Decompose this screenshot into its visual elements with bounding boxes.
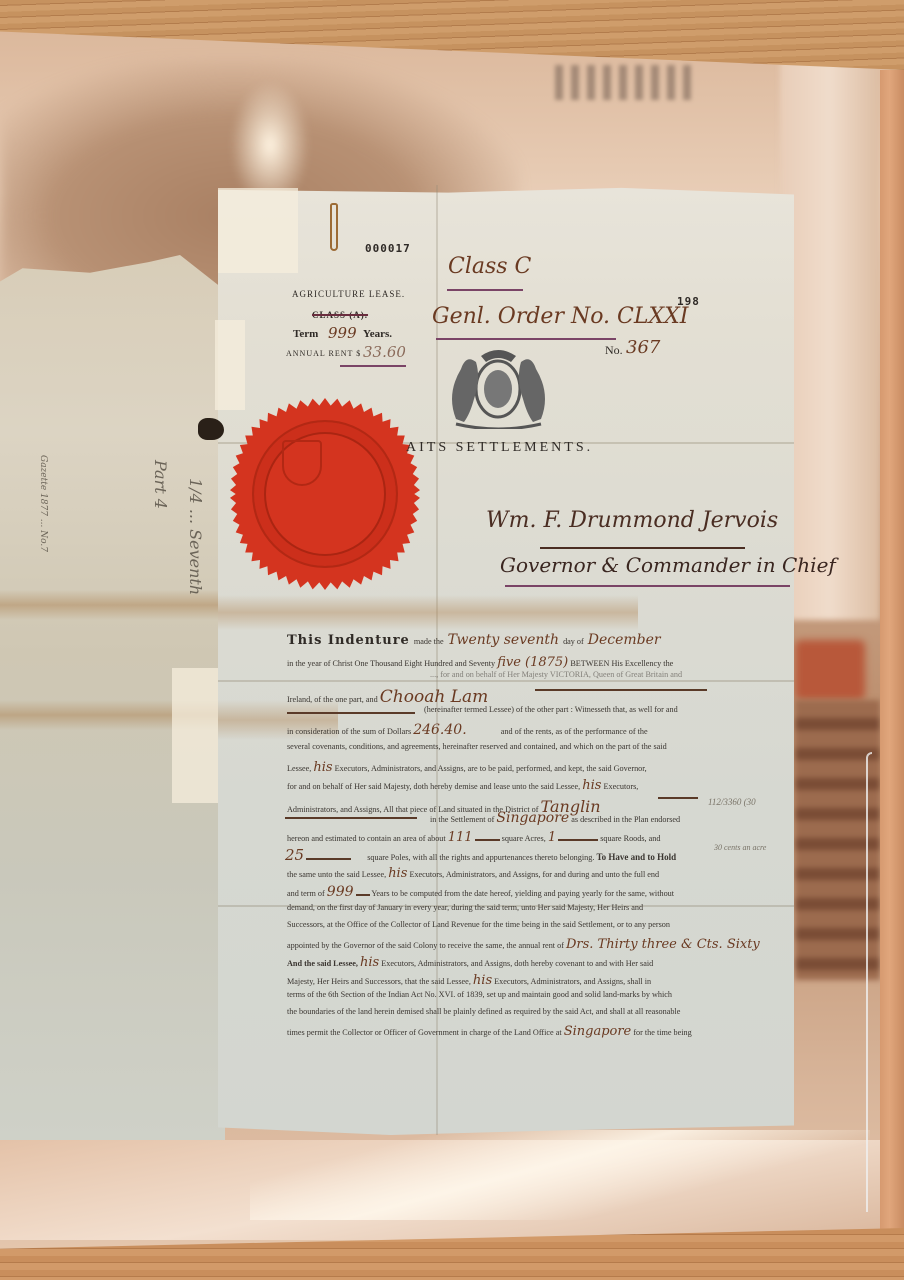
background-column [780, 60, 880, 620]
class-struck: CLASS (A). [312, 310, 368, 320]
body-line-16: demand, on the first day of January in e… [287, 903, 643, 912]
body-line-13: 25 square Poles, with all the rights and… [285, 846, 676, 864]
background-red-object [795, 640, 865, 700]
annual-rent-value: 33.60 [363, 343, 406, 361]
tape-strip [172, 668, 220, 803]
class-handwritten: Class C [448, 254, 531, 279]
body-line-1: This Indenture made the Twenty seventh d… [287, 631, 661, 649]
wooden-frame-right [880, 70, 904, 1250]
annual-rent-label: ANNUAL RENT $ [286, 349, 361, 358]
term-years: 999 [328, 324, 357, 342]
number-value: 367 [626, 337, 660, 358]
margin-note-left: Gazette 1877 ... No.7 [38, 455, 48, 552]
general-order: Genl. Order No. CLXXI [432, 304, 689, 329]
body-line-2: in the year of Christ One Thousand Eight… [287, 655, 673, 670]
tape-strip [218, 188, 298, 273]
body-line-4: Ireland, of the one part, and Chooah Lam [287, 687, 488, 707]
margin-note-right: 112/3360 (30 [708, 797, 756, 807]
body-line-12: hereon and estimated to contain an area … [287, 830, 660, 845]
background-windows [555, 65, 695, 100]
underline [505, 585, 790, 587]
seal-ring [252, 420, 398, 568]
body-line-14: the same unto the said Lessee, his Execu… [287, 866, 659, 881]
underline [447, 289, 523, 291]
underline [340, 365, 406, 367]
body-line-19: And the said Lessee, his Executors, Admi… [287, 955, 653, 970]
body-line-9: for and on behalf of Her said Majesty, d… [287, 778, 638, 793]
water-stain [218, 595, 638, 630]
fold-line [218, 680, 794, 682]
body-line-15: and term of 999 Years to be computed fro… [287, 884, 674, 900]
body-line-7: several covenants, conditions, and agree… [287, 742, 667, 751]
seal-shield [282, 440, 322, 486]
body-line-8: Lessee, his Executors, Administrators, a… [287, 760, 647, 775]
governor-signature: Wm. F. Drummond Jervois [486, 508, 778, 533]
body-line-3: ..., for and on behalf of Her Majesty VI… [430, 670, 682, 679]
body-line-17: Successors, at the Office of the Collect… [287, 920, 670, 929]
tape-strip [215, 320, 245, 410]
term-label: Term [293, 328, 318, 340]
term-suffix: Years. [363, 328, 392, 340]
body-line-20: Majesty, Her Heirs and Successors, that … [287, 973, 651, 988]
blank-line [285, 817, 417, 819]
margin-note-left: 1/4 ... Seventh [186, 478, 205, 595]
blank-line [535, 689, 707, 691]
paper-hole [198, 418, 224, 440]
glass-case-edge [866, 752, 872, 1212]
colony-heading: AITS SETTLEMENTS. [406, 440, 593, 456]
serial-number: 000017 [365, 242, 411, 255]
body-line-11: in the Settlement of Singapore as descri… [430, 810, 680, 826]
paper-clip-icon [330, 203, 338, 251]
signature-flourish [540, 547, 745, 549]
number-label: No. [605, 343, 623, 358]
body-line-22: the boundaries of the land herein demise… [287, 1007, 680, 1016]
underline [436, 338, 616, 340]
body-line-21: terms of the 6th Section of the Indian A… [287, 990, 672, 999]
lease-type: AGRICULTURE LEASE. [292, 289, 405, 299]
coat-of-arms-icon [436, 344, 561, 429]
blank-line [287, 712, 415, 714]
margin-note-left: Part 4 [151, 460, 170, 509]
glass-reflection [250, 1130, 870, 1220]
margin-note-right: 30 cents an acre [714, 843, 774, 852]
body-line-5: (hereinafter termed Lessee) of the other… [424, 705, 678, 714]
blank-line [658, 797, 698, 799]
body-line-23: times permit the Collector or Officer of… [287, 1024, 692, 1039]
governor-title: Governor & Commander in Chief [500, 553, 836, 577]
body-line-18: appointed by the Governor of the said Co… [287, 937, 760, 952]
body-line-6: in consideration of the sum of Dollars 2… [287, 722, 648, 738]
